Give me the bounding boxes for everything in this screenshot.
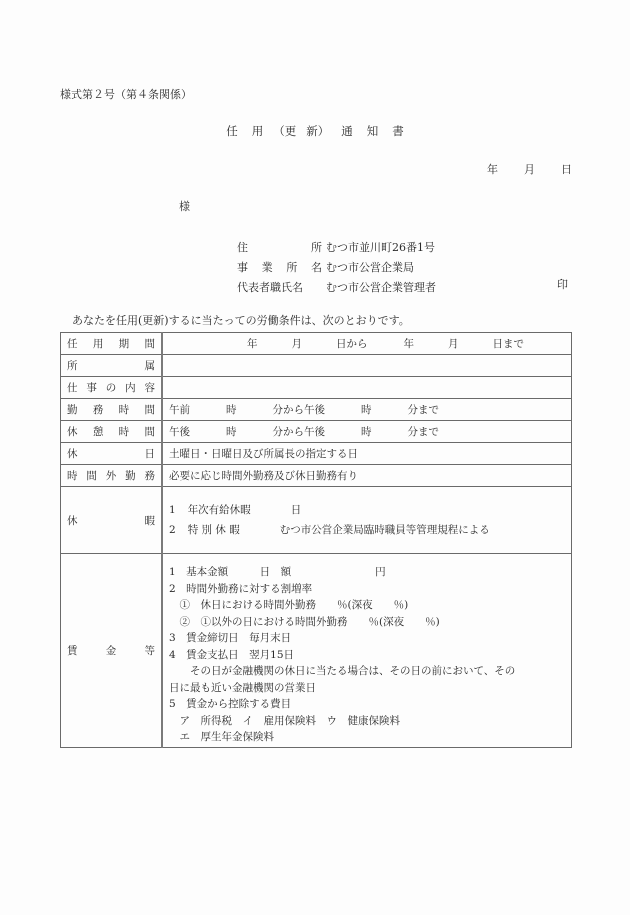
label-char: 業 bbox=[262, 259, 273, 275]
table-row-job-content: 仕 事 の 内 容 bbox=[61, 377, 572, 399]
label-char: 休 bbox=[67, 424, 78, 439]
document-title: 任用（更新）通知書 bbox=[0, 123, 630, 139]
wage-line: 1 基本金額 日 額 円 bbox=[169, 564, 565, 581]
department-value[interactable] bbox=[162, 355, 572, 377]
issue-date: 年月日 bbox=[487, 161, 572, 177]
title-char: （更 bbox=[273, 123, 296, 139]
working-hours-value[interactable]: 午前時分から午後時分まで bbox=[162, 399, 572, 421]
time-part: 分から午後 bbox=[273, 426, 326, 438]
label-char: 勤 bbox=[67, 402, 78, 417]
label-char: 暇 bbox=[145, 513, 156, 528]
row-label: 休 日 bbox=[61, 443, 163, 465]
holidays-value: 土曜日・日曜日及び所属長の指定する日 bbox=[162, 443, 572, 465]
wage-line: エ 厚生年金保険料 bbox=[169, 729, 565, 746]
label-char: 日 bbox=[145, 446, 156, 461]
period-end-year: 年 bbox=[404, 338, 415, 350]
label-char: 用 bbox=[93, 336, 104, 351]
table-row-break-time: 休 憩 時 間 午後時分から午後時分まで bbox=[61, 421, 572, 443]
leave-value[interactable]: 1年次有給休暇日 2特 別 休 暇むつ市公営企業局臨時職員等管理規程による bbox=[162, 487, 572, 554]
label-char: 名 bbox=[311, 259, 322, 275]
label-char: 時 bbox=[119, 424, 130, 439]
date-day-label: 日 bbox=[561, 161, 572, 177]
label-char: 住 bbox=[237, 239, 248, 255]
table-row-overtime: 時 間 外 勤 務 必要に応じ時間外勤務及び休日勤務有り bbox=[61, 465, 572, 487]
label-char: 期 bbox=[119, 336, 130, 351]
time-part: 時 bbox=[226, 426, 237, 438]
row-label: 休 憩 時 間 bbox=[61, 421, 163, 443]
time-part: 分まで bbox=[408, 426, 440, 438]
issuer-block: 住 所 むつ市並川町26番1号 事 業 所 名 むつ市公営企業局 代表者職氏名 … bbox=[237, 237, 436, 297]
label-char: 属 bbox=[145, 358, 156, 373]
issuer-address-value: むつ市並川町26番1号 bbox=[326, 239, 435, 255]
period-start-month: 月 bbox=[292, 338, 303, 350]
time-part: 分まで bbox=[408, 404, 440, 416]
job-content-value[interactable] bbox=[162, 377, 572, 399]
time-part: 午前 bbox=[169, 404, 190, 416]
form-number: 様式第２号（第４条関係） bbox=[60, 86, 192, 102]
label-char: 勤 bbox=[125, 468, 136, 483]
row-label: 時 間 外 勤 務 bbox=[61, 465, 163, 487]
date-year-label: 年 bbox=[487, 161, 498, 177]
label-char: 任 bbox=[67, 336, 78, 351]
label-char: 等 bbox=[145, 643, 156, 658]
table-row-holidays: 休 日 土曜日・日曜日及び所属長の指定する日 bbox=[61, 443, 572, 465]
issuer-representative-label: 代表者職氏名 bbox=[237, 279, 322, 295]
label-char: 間 bbox=[144, 336, 155, 351]
title-char: 新） bbox=[306, 123, 329, 139]
label-char: 外 bbox=[106, 468, 117, 483]
title-char: 書 bbox=[392, 123, 404, 139]
period-end-day: 日まで bbox=[493, 338, 525, 350]
table-row-wages: 賃 金 等 1 基本金額 日 額 円 2 時間外勤務に対する割増率 ① 休日にお… bbox=[61, 554, 572, 748]
label-char: 休 bbox=[67, 446, 78, 461]
label-char: 間 bbox=[144, 424, 155, 439]
title-char: 任 bbox=[226, 123, 238, 139]
leave-line-annual: 1年次有給休暇日 bbox=[169, 500, 565, 520]
wage-line: ② ①以外の日における時間外勤務 ％(深夜 ％) bbox=[169, 614, 565, 631]
label-char: の bbox=[106, 380, 117, 395]
table-row-period: 任 用 期 間 年月日から年月日まで bbox=[61, 333, 572, 355]
time-part: 時 bbox=[361, 404, 372, 416]
row-label: 休 暇 bbox=[61, 487, 163, 554]
label-char: 事 bbox=[237, 259, 248, 275]
issuer-office-row: 事 業 所 名 むつ市公営企業局 bbox=[237, 257, 436, 277]
label-char: 内 bbox=[125, 380, 136, 395]
label-char: 金 bbox=[106, 643, 117, 658]
wage-line: 4 賃金支払日 翌月15日 bbox=[169, 647, 565, 664]
label-char: 間 bbox=[144, 402, 155, 417]
row-label: 任 用 期 間 bbox=[61, 333, 163, 355]
title-char: 通 bbox=[341, 123, 353, 139]
issuer-representative-row: 代表者職氏名 むつ市公営企業管理者 bbox=[237, 277, 436, 297]
table-row-department: 所 属 bbox=[61, 355, 572, 377]
time-part: 分から午後 bbox=[273, 404, 326, 416]
issuer-office-value: むつ市公営企業局 bbox=[326, 259, 414, 275]
wage-line: ア 所得税 イ 雇用保険料 ウ 健康保険料 bbox=[169, 713, 565, 730]
issuer-address-label: 住 所 bbox=[237, 239, 322, 255]
period-start-year: 年 bbox=[247, 338, 258, 350]
period-end-month: 月 bbox=[448, 338, 459, 350]
wage-line: その日が金融機関の休日に当たる場合は、その日の前において、その bbox=[169, 663, 565, 680]
time-part: 午後 bbox=[169, 426, 190, 438]
label-char: 事 bbox=[86, 380, 97, 395]
row-label: 賃 金 等 bbox=[61, 554, 163, 748]
issuer-office-label: 事 業 所 名 bbox=[237, 259, 322, 275]
label-char: 務 bbox=[145, 468, 156, 483]
working-conditions-table: 任 用 期 間 年月日から年月日まで 所 属 仕 事 の 内 容 勤 務 時 間 bbox=[60, 332, 572, 748]
label-char: 仕 bbox=[67, 380, 78, 395]
date-month-label: 月 bbox=[524, 161, 535, 177]
issuer-representative-value: むつ市公営企業管理者 bbox=[326, 279, 436, 295]
issuer-address-row: 住 所 むつ市並川町26番1号 bbox=[237, 237, 436, 257]
label-char: 所 bbox=[286, 259, 297, 275]
addressee-suffix: 様 bbox=[179, 198, 190, 214]
time-part: 時 bbox=[361, 426, 372, 438]
label-char: 代表者職氏名 bbox=[237, 279, 303, 295]
label-char: 務 bbox=[93, 402, 104, 417]
overtime-value: 必要に応じ時間外勤務及び休日勤務有り bbox=[162, 465, 572, 487]
time-part: 時 bbox=[226, 404, 237, 416]
label-char: 間 bbox=[86, 468, 97, 483]
row-label: 勤 務 時 間 bbox=[61, 399, 163, 421]
intro-text: あなたを任用(更新)するに当たっての労働条件は、次のとおりです。 bbox=[72, 312, 410, 328]
wage-line: 3 賃金締切日 毎月末日 bbox=[169, 630, 565, 647]
label-char: 所 bbox=[67, 358, 78, 373]
period-value[interactable]: 年月日から年月日まで bbox=[162, 333, 572, 355]
period-start-day: 日から bbox=[336, 338, 368, 350]
wage-line: ① 休日における時間外勤務 ％(深夜 ％) bbox=[169, 597, 565, 614]
wage-line: 日に最も近い金融機関の営業日 bbox=[169, 680, 565, 697]
row-label: 仕 事 の 内 容 bbox=[61, 377, 163, 399]
wages-value[interactable]: 1 基本金額 日 額 円 2 時間外勤務に対する割増率 ① 休日における時間外勤… bbox=[162, 554, 572, 748]
label-char: 賃 bbox=[67, 643, 78, 658]
title-char: 用 bbox=[252, 123, 264, 139]
label-char: 時 bbox=[119, 402, 130, 417]
label-char: 所 bbox=[311, 239, 322, 255]
label-char: 時 bbox=[67, 468, 78, 483]
wage-line: 2 時間外勤務に対する割増率 bbox=[169, 581, 565, 598]
leave-line-special: 2特 別 休 暇むつ市公営企業局臨時職員等管理規程による bbox=[169, 520, 565, 540]
wage-line: 5 賃金から控除する費目 bbox=[169, 696, 565, 713]
label-char: 憩 bbox=[93, 424, 104, 439]
label-char: 休 bbox=[67, 513, 78, 528]
seal-mark: 印 bbox=[557, 276, 568, 292]
table-row-working-hours: 勤 務 時 間 午前時分から午後時分まで bbox=[61, 399, 572, 421]
break-time-value[interactable]: 午後時分から午後時分まで bbox=[162, 421, 572, 443]
row-label: 所 属 bbox=[61, 355, 163, 377]
label-char: 容 bbox=[145, 380, 156, 395]
table-row-leave: 休 暇 1年次有給休暇日 2特 別 休 暇むつ市公営企業局臨時職員等管理規程によ… bbox=[61, 487, 572, 554]
title-char: 知 bbox=[367, 123, 379, 139]
